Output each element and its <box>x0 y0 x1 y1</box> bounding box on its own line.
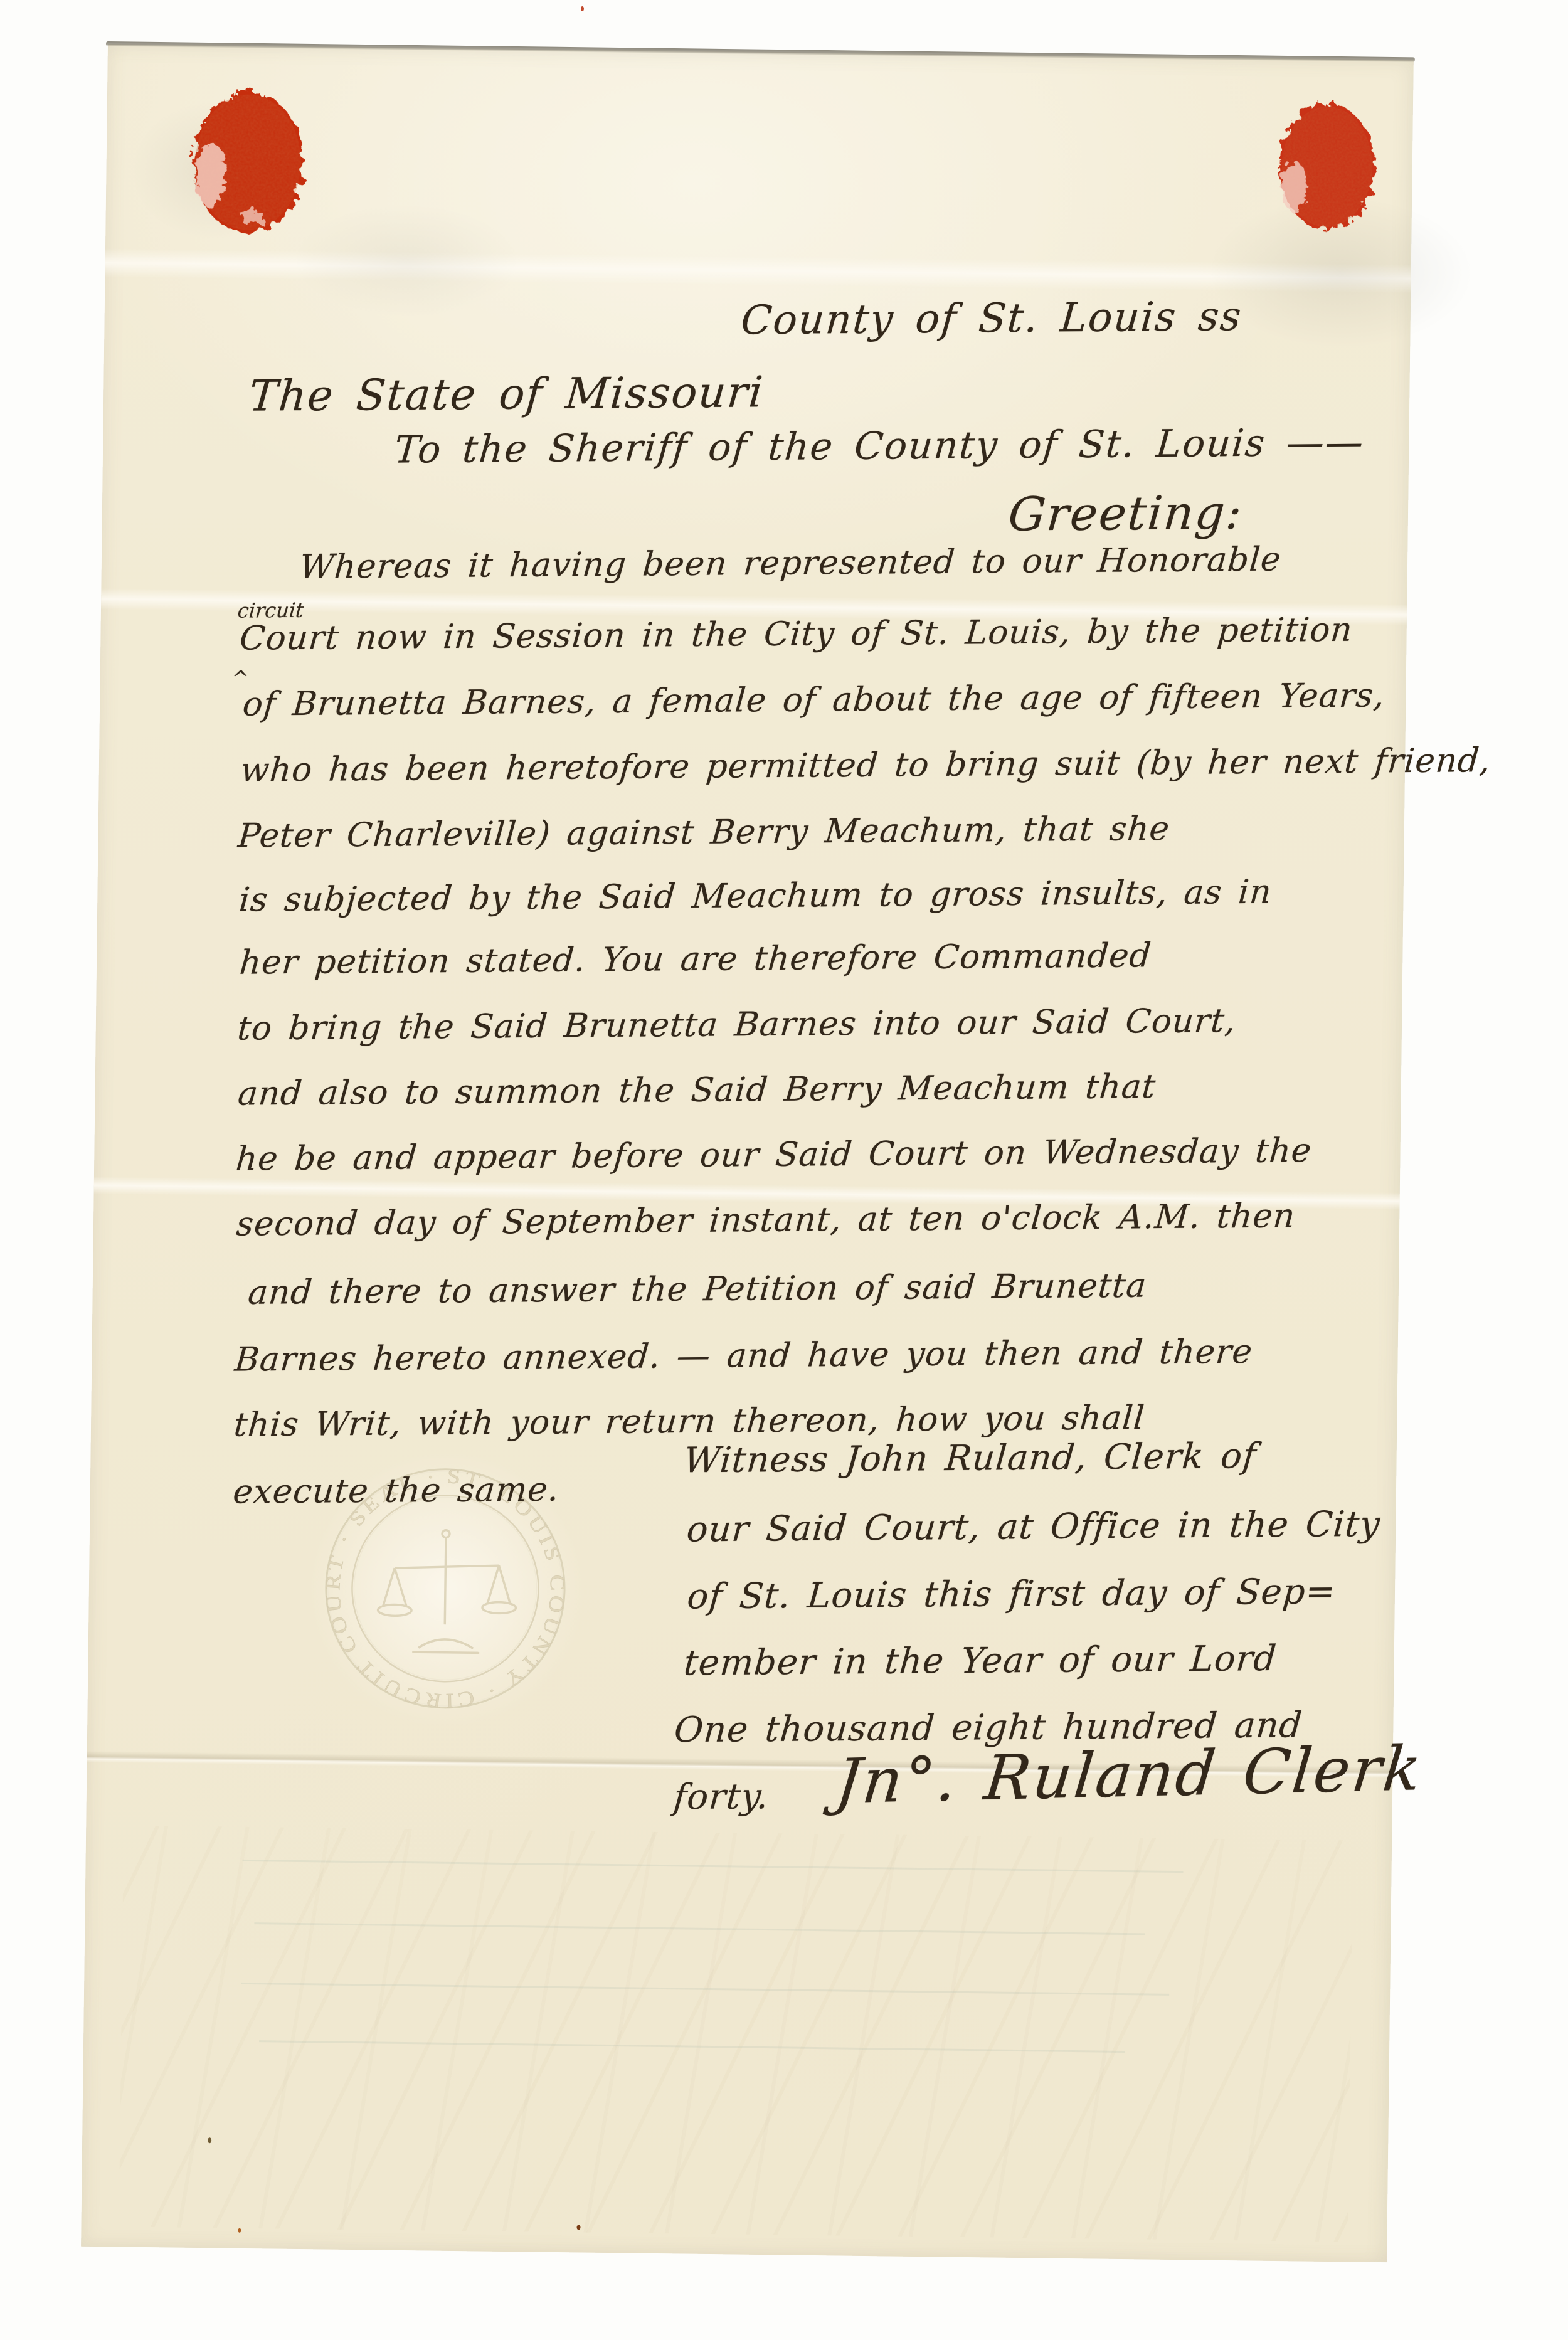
scales-of-justice-icon <box>378 1529 517 1653</box>
fold-crease <box>105 248 1411 293</box>
document-paper: ST. LOUIS COUNTY · CIRCUIT COURT · SEAL … <box>81 44 1414 2262</box>
body-line: is subjected by the Said Meachum to gros… <box>238 873 1273 919</box>
body-line: and also to summon the Said Berry Meachu… <box>236 1067 1157 1113</box>
paper-speck <box>410 1026 412 1030</box>
body-line: her petition stated. You are therefore C… <box>238 936 1153 982</box>
body-line: to bring the Said Brunetta Barnes into o… <box>236 1002 1237 1048</box>
body-line: Whereas it having been represented to ou… <box>298 540 1282 586</box>
paper-speck <box>208 2137 211 2143</box>
body-line: second day of September instant, at ten … <box>235 1197 1297 1243</box>
witness-line: Witness John Ruland, Clerk of <box>682 1436 1258 1481</box>
witness-line: of St. Louis this first day of Sep= <box>686 1571 1337 1617</box>
body-line: Barnes hereto annexed. — and have you th… <box>233 1333 1254 1379</box>
body-line: Court now in Session in the City of St. … <box>238 611 1354 658</box>
red-wax-seal-left <box>174 76 320 247</box>
clerk-signature: Jn°. Ruland Clerk <box>833 1733 1426 1818</box>
body-line: he be and appear before our Said Court o… <box>235 1131 1313 1178</box>
ink-bleedthrough <box>259 2040 1125 2053</box>
county-ss-line: County of St. Louis ss <box>739 294 1244 344</box>
paper-speck <box>581 6 584 11</box>
sheriff-address-line: To the Sheriff of the County of St. Loui… <box>393 420 1366 472</box>
witness-line: tember in the Year of our Lord <box>682 1638 1278 1683</box>
witness-line: our Said Court, at Office in the City <box>686 1504 1382 1550</box>
greeting-line: Greeting: <box>1007 486 1245 542</box>
paper-smudge <box>293 203 520 319</box>
body-line: who has been heretofore permitted to bri… <box>239 741 1492 790</box>
paper-speck <box>238 2228 241 2233</box>
body-line: Peter Charleville) against Berry Meachum… <box>236 810 1171 855</box>
body-line: of Brunetta Barnes, a female of about th… <box>241 676 1387 723</box>
ink-bleedthrough <box>241 1983 1169 1996</box>
witness-line: forty. <box>672 1776 770 1818</box>
document-scan: ST. LOUIS COUNTY · CIRCUIT COURT · SEAL … <box>0 0 1568 2340</box>
paper-speck <box>576 2225 580 2230</box>
red-wax-seal-right <box>1263 88 1391 246</box>
ink-bleedthrough <box>254 1922 1145 1935</box>
ink-bleedthrough <box>243 1860 1184 1873</box>
body-line: execute the same. <box>231 1471 561 1511</box>
body-line: and there to answer the Petition of said… <box>246 1267 1148 1312</box>
state-of-missouri-line: The State of Missouri <box>247 368 766 421</box>
ink-bleedthrough <box>119 1826 1353 2242</box>
